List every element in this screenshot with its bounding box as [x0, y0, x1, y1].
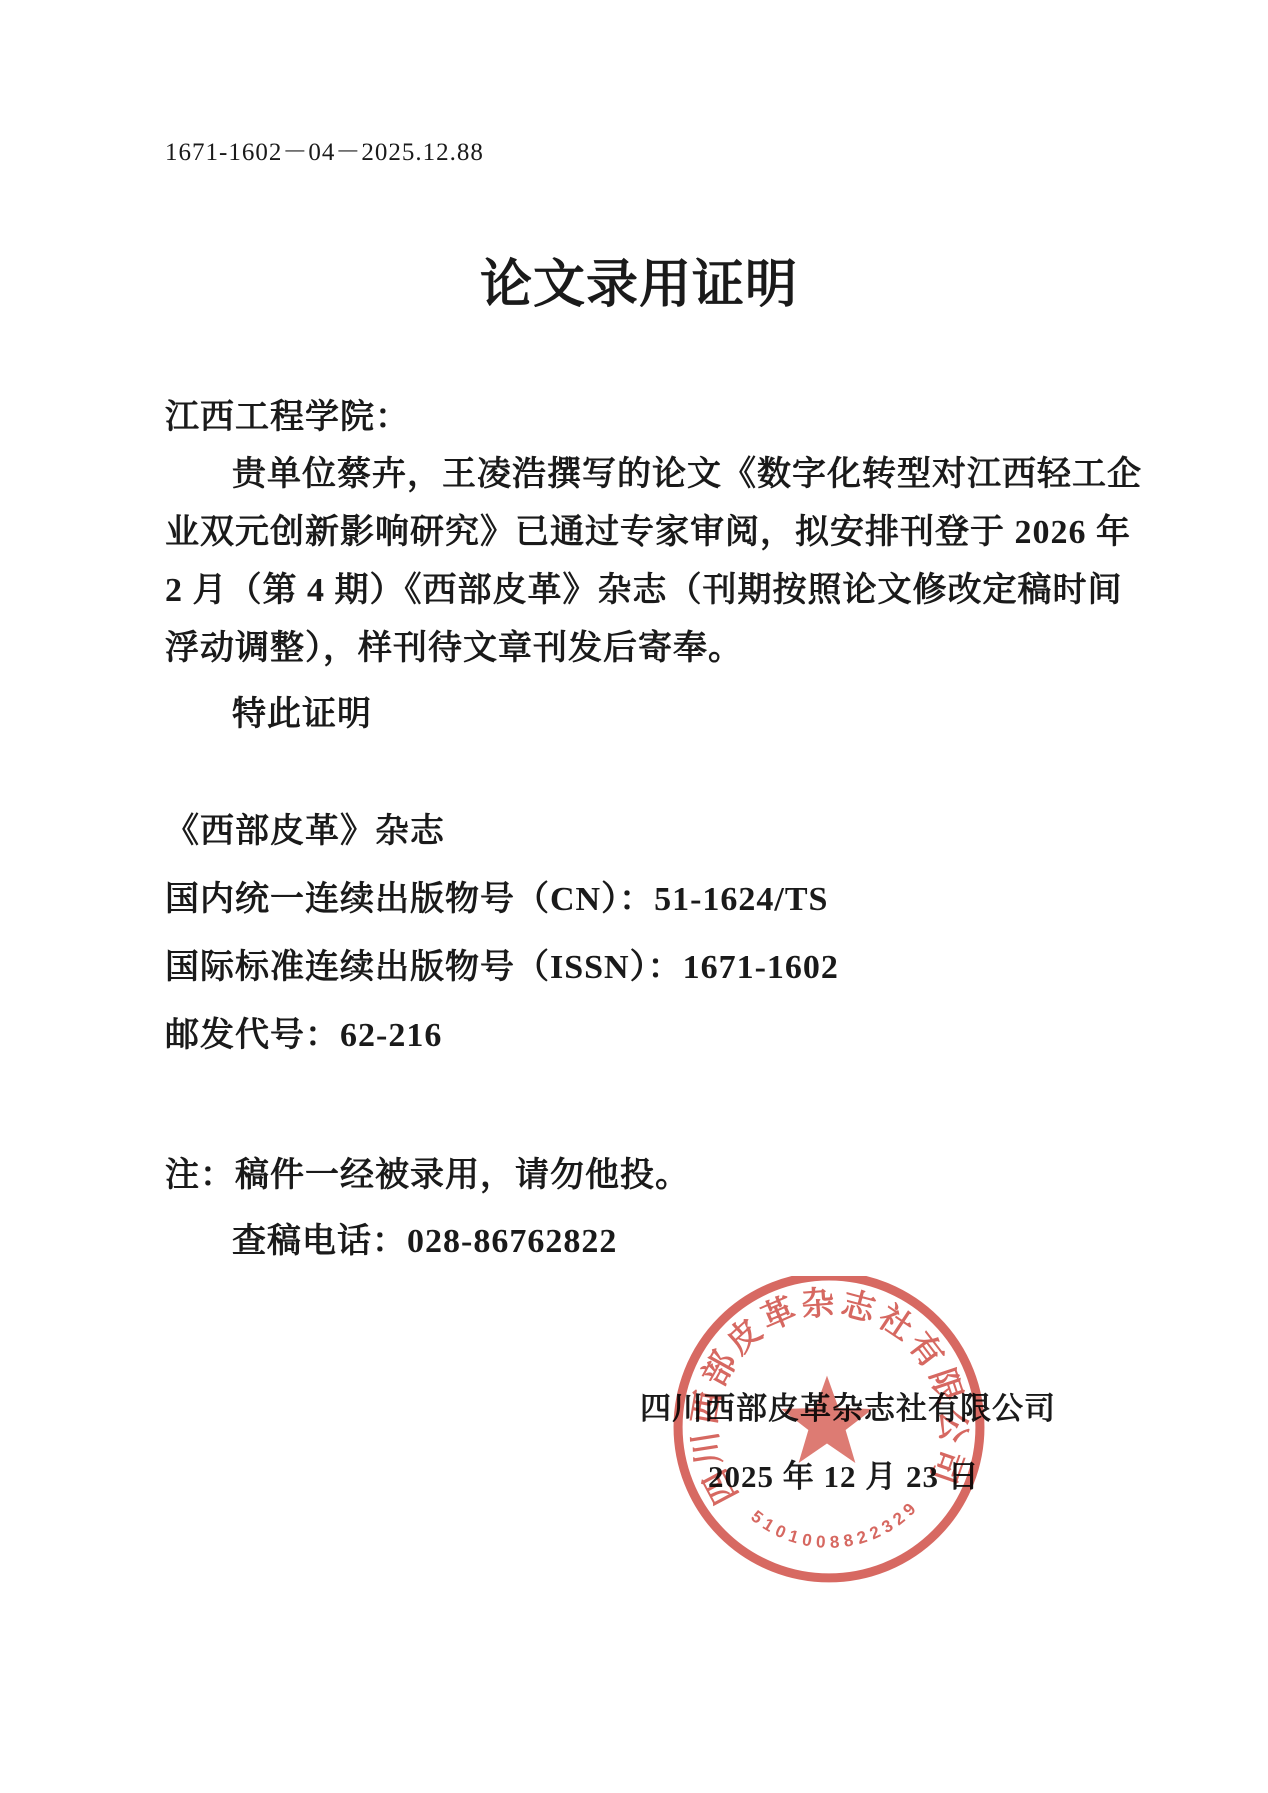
seal-serial-number: 5101008822329 [747, 1496, 923, 1552]
salutation: 江西工程学院： [165, 398, 410, 439]
phone-line: 查稿电话：028-86762822 [232, 1222, 617, 1263]
closing-statement: 特此证明 [232, 695, 372, 736]
certificate-page: 1671-1602－04－2025.12.88 论文录用证明 江西工程学院： 贵… [0, 0, 1268, 1793]
seal-serial-holder: 5101008822329 [747, 1496, 923, 1552]
company-seal-stamp: 四川西部皮革杂志社有限公司 5101008822329 [668, 1276, 990, 1598]
body-line-2: 业双元创新影响研究》已通过专家审阅，拟安排刊登于 2026 年 [165, 513, 1131, 554]
body-line-4: 浮动调整），样刊待文章刊发后寄奉。 [165, 629, 743, 670]
page-title: 论文录用证明 [480, 242, 798, 317]
seal-star-icon [781, 1376, 873, 1463]
journal-name: 《西部皮革》杂志 [165, 812, 445, 853]
body-line-3: 2 月（第 4 期）《西部皮革》杂志（刊期按照论文修改定稿时间 [165, 571, 1123, 612]
journal-cn-number: 国内统一连续出版物号（CN）：51-1624/TS [165, 880, 828, 921]
body-line-1: 贵单位蔡卉，王凌浩撰写的论文《数字化转型对江西轻工企 [232, 455, 1142, 496]
journal-postal-code: 邮发代号：62-216 [165, 1016, 442, 1057]
document-number: 1671-1602－04－2025.12.88 [165, 132, 484, 168]
journal-issn-number: 国际标准连续出版物号（ISSN）：1671-1602 [165, 948, 839, 989]
note-line: 注：稿件一经被录用，请勿他投。 [165, 1156, 690, 1197]
